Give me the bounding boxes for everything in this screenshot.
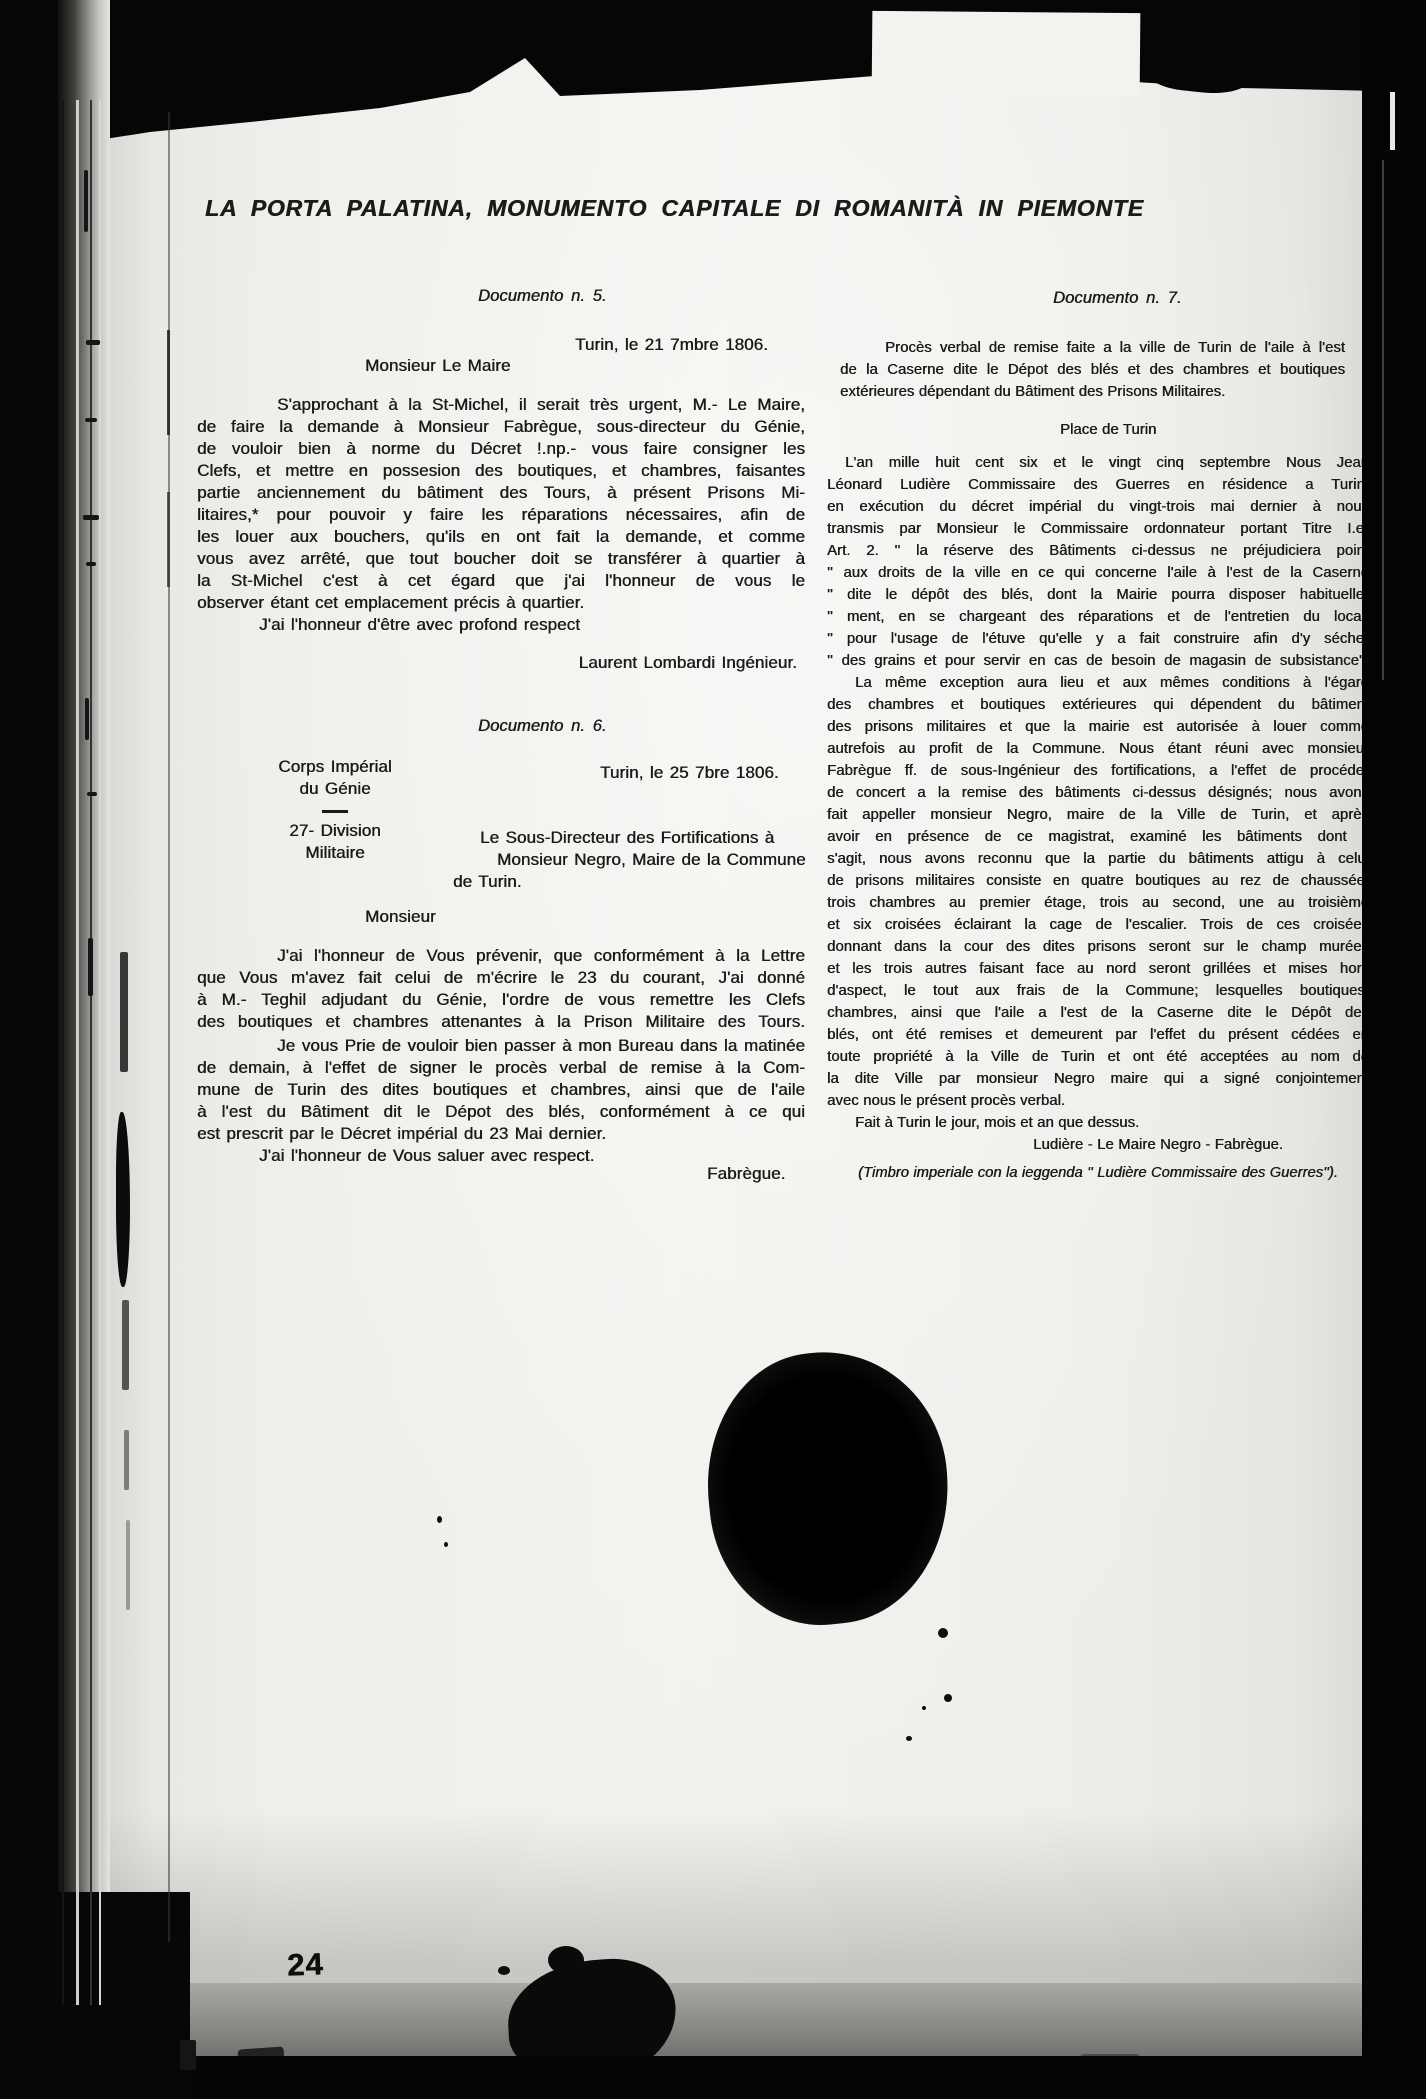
text-line: Corps Impérial [255, 756, 415, 778]
ink-speck [906, 1736, 912, 1741]
doc6-paragraph1-lines: que Vous m'avez fait celui de m'écrire l… [197, 967, 805, 1033]
text-line: La même exception aura lieu et aux mêmes… [827, 672, 1369, 694]
doc5-signature: Laurent Lombardi Ingénieur. [197, 652, 797, 674]
doc7-signature: Ludière - Le Maire Negro - Fabrègue. [827, 1134, 1369, 1156]
text-line: observer étant cet emplacement précis à … [197, 592, 805, 614]
text-line: Fait à Turin le jour, mois et an que des… [827, 1112, 1369, 1134]
doc7-heading: Documento n. 7. [1053, 289, 1182, 308]
scan-bottom-gray-strip [185, 1983, 1365, 2062]
doc5-salutation: Monsieur Le Maire [365, 355, 605, 377]
text-line: '' dite le dépôt des blés, dont la Mairi… [827, 584, 1369, 606]
doc5-paragraph: S'approchant à la St-Michel, il serait t… [197, 394, 805, 636]
text-line: des chambres et boutiques extérieures qu… [827, 694, 1369, 716]
margin-mark [84, 170, 88, 232]
text-line: de vouloir bien à norme du Décret !.np.-… [197, 438, 805, 460]
doc7-place: Place de Turin [1060, 419, 1260, 441]
text-line: J'ai l'honneur d'être avec profond respe… [197, 614, 805, 636]
doc7-body: L'an mille huit cent six et le vingt cin… [827, 452, 1369, 1134]
scan-border-left [0, 0, 58, 2099]
text-line: du Génie [255, 778, 415, 800]
page-title: LA PORTA PALATINA, MONUMENTO CAPITALE DI… [205, 195, 1144, 222]
margin-mark [87, 792, 97, 796]
text-line: de faire la demande à Monsieur Fabrègue,… [197, 416, 805, 438]
ink-speck [498, 1966, 510, 1975]
doc7-body-lines-b: des chambres et boutiques extérieures qu… [827, 694, 1369, 1090]
text-line: Fabrègue ff. de sous-Ingénieur des forti… [827, 760, 1369, 782]
text-line: la St-Michel c'est à cet égard que j'ai … [197, 570, 805, 592]
text-line: S'approchant à la St-Michel, il serait t… [197, 394, 805, 416]
doc7-intro: Procès verbal de remise faite a la ville… [840, 337, 1345, 403]
doc6-paragraph2-lines: de demain, à l'effet de signer le procès… [197, 1057, 805, 1123]
text-line: trois chambres au premier étage, trois a… [827, 892, 1369, 914]
doc6-dateline: Turin, le 25 7bre 1806. [600, 762, 820, 784]
ink-speck [437, 1516, 442, 1523]
text-line: que Vous m'avez fait celui de m'écrire l… [197, 967, 805, 989]
scan-border-bottom [0, 2056, 1426, 2099]
doc6-paragraph-2: Je vous Prie de vouloir bien passer à mo… [197, 1035, 805, 1167]
ink-blob-bottom-bump [548, 1946, 584, 1974]
text-line: et les trois autres faisant face au nord… [827, 958, 1369, 980]
text-line: '' des grains et pour servir en cas de b… [827, 650, 1369, 672]
doc6-addressee-line: Monsieur Negro, Maire de la Commune [497, 849, 827, 871]
gutter-crease-dark [167, 330, 170, 435]
text-line: de prisons militaires consiste en quatre… [827, 870, 1369, 892]
text-line: à l'est du Bâtiment dit le Dépot des blé… [197, 1101, 805, 1123]
text-line: Procès verbal de remise faite a la ville… [840, 337, 1345, 359]
text-line: de concert a la remise des bâtiments ci-… [827, 782, 1369, 804]
doc6-salutation: Monsieur [365, 906, 545, 928]
margin-streak [126, 1520, 130, 1610]
text-line: donnant dans la cour des dites prisons s… [827, 936, 1369, 958]
doc5-paragraph-lines: de faire la demande à Monsieur Fabrègue,… [197, 416, 805, 592]
margin-mark [85, 698, 89, 740]
text-line: fait appeller monsieur Negro, maire de l… [827, 804, 1369, 826]
text-line: toute propriété à la Ville de Turin et o… [827, 1046, 1369, 1068]
text-line: chambres, ainsi que l'aile a l'est de la… [827, 1002, 1369, 1024]
text-line: de la Caserne dite le Dépot des blés et … [840, 359, 1345, 381]
page-edge-line [76, 100, 79, 2005]
doc6-sender-block: Corps Impérial du Génie [255, 756, 415, 800]
text-line: avoir en présence de ce magistrat, exami… [827, 826, 1369, 848]
margin-mark [85, 418, 97, 422]
doc5-dateline: Turin, le 21 7mbre 1806. [575, 334, 805, 356]
doc6-addressee-line: Le Sous-Directeur des Fortifications à [480, 827, 820, 849]
doc5-heading: Documento n. 5. [478, 287, 607, 306]
text-line: Je vous Prie de vouloir bien passer à mo… [197, 1035, 805, 1057]
page-edge-line [99, 100, 101, 2005]
text-line: '' ment, en se chargeant des réparations… [827, 606, 1369, 628]
doc6-heading: Documento n. 6. [478, 717, 607, 736]
text-line: extérieures dépendant du Bâtiment des Pr… [840, 381, 1345, 403]
text-line: 27- Division [255, 820, 415, 842]
gutter-crease-dark [167, 492, 170, 587]
text-line: de demain, à l'effet de signer le procès… [197, 1057, 805, 1079]
margin-mark [86, 340, 100, 345]
scan-corner-bottom-left [0, 1892, 190, 2099]
scan-light-sliver [1390, 92, 1395, 150]
text-line: d'aspect, le tout aux frais de la Commun… [827, 980, 1369, 1002]
text-line: '' aux droits de la ville en ce qui conc… [827, 562, 1369, 584]
text-line: blés, ont été remises et demeurent par l… [827, 1024, 1369, 1046]
margin-streak [124, 1430, 129, 1490]
text-line: partie anciennement du bâtiment des Tour… [197, 482, 805, 504]
doc6-paragraph-1: J'ai l'honneur de Vous prévenir, que con… [197, 945, 805, 1033]
text-line: transmis par Monsieur le Commissaire ord… [827, 518, 1369, 540]
doc7-body-lines-a: Léonard Ludière Commissaire des Guerres … [827, 474, 1369, 672]
scan-border-right [1362, 0, 1426, 2099]
ink-speck [944, 1694, 952, 1702]
text-line: L'an mille huit cent six et le vingt cin… [827, 452, 1369, 474]
page-edge-line [90, 100, 92, 2005]
margin-mark [86, 562, 96, 566]
page-edge-line [62, 100, 64, 2005]
book-page-edges [58, 0, 110, 2099]
doc6-division-block: 27- Division Militaire [255, 820, 415, 864]
text-line: la dite Ville par monsieur Negro maire q… [827, 1068, 1369, 1090]
doc7-timbro-note: (Timbro imperiale con la ieggenda '' Lud… [858, 1162, 1368, 1184]
text-line: à M.- Teghil adjudant du Génie, l'ordre … [197, 989, 805, 1011]
scanned-book-page: LA PORTA PALATINA, MONUMENTO CAPITALE DI… [0, 0, 1426, 2099]
text-line: des boutiques et chambres attenantes à l… [197, 1011, 805, 1033]
scan-light-sliver [1382, 160, 1384, 680]
adjacent-page-corner [872, 11, 1141, 97]
text-line: des prisons militaires et que la mairie … [827, 716, 1369, 738]
text-line: '' pour l'usage de l'étuve qu'elle y a f… [827, 628, 1369, 650]
text-line: Militaire [255, 842, 415, 864]
text-line: s'agit, nous avons reconnu que la partie… [827, 848, 1369, 870]
text-line: les louer aux bouchers, qu'ils en ont fa… [197, 526, 805, 548]
doc6-signature: Fabrègue. [707, 1163, 867, 1185]
text-line: autrefois au profit de la Commune. Nous … [827, 738, 1369, 760]
margin-streak [120, 952, 128, 1072]
ink-speck [938, 1628, 948, 1638]
doc6-addressee-line: de Turin. [453, 871, 653, 893]
text-line: en exécution du décret impérial du vingt… [827, 496, 1369, 518]
page-number: 24 [286, 1946, 324, 1983]
text-line: est prescrit par le Décret impérial du 2… [197, 1123, 805, 1145]
margin-mark [83, 515, 99, 520]
text-line: Clefs, et mettre en possesion des boutiq… [197, 460, 805, 482]
ink-speck [922, 1706, 926, 1710]
margin-mark [88, 938, 93, 996]
text-line: Art. 2. '' la réserve des Bâtiments ci-d… [827, 540, 1369, 562]
text-line: avec nous le présent procès verbal. [827, 1090, 1369, 1112]
text-line: et six croisées éclairant la cage de l'e… [827, 914, 1369, 936]
divider-dash [322, 810, 348, 813]
text-line: Léonard Ludière Commissaire des Guerres … [827, 474, 1369, 496]
ink-speck [444, 1542, 448, 1547]
text-line: J'ai l'honneur de Vous prévenir, que con… [197, 945, 805, 967]
scan-mark [180, 2040, 196, 2070]
text-line: litaires,* pour pouvoir y faire les répa… [197, 504, 805, 526]
text-line: vous avez arrêté, que tout boucher doit … [197, 548, 805, 570]
margin-streak [122, 1300, 129, 1390]
text-line: mune de Turin des dites boutiques et cha… [197, 1079, 805, 1101]
